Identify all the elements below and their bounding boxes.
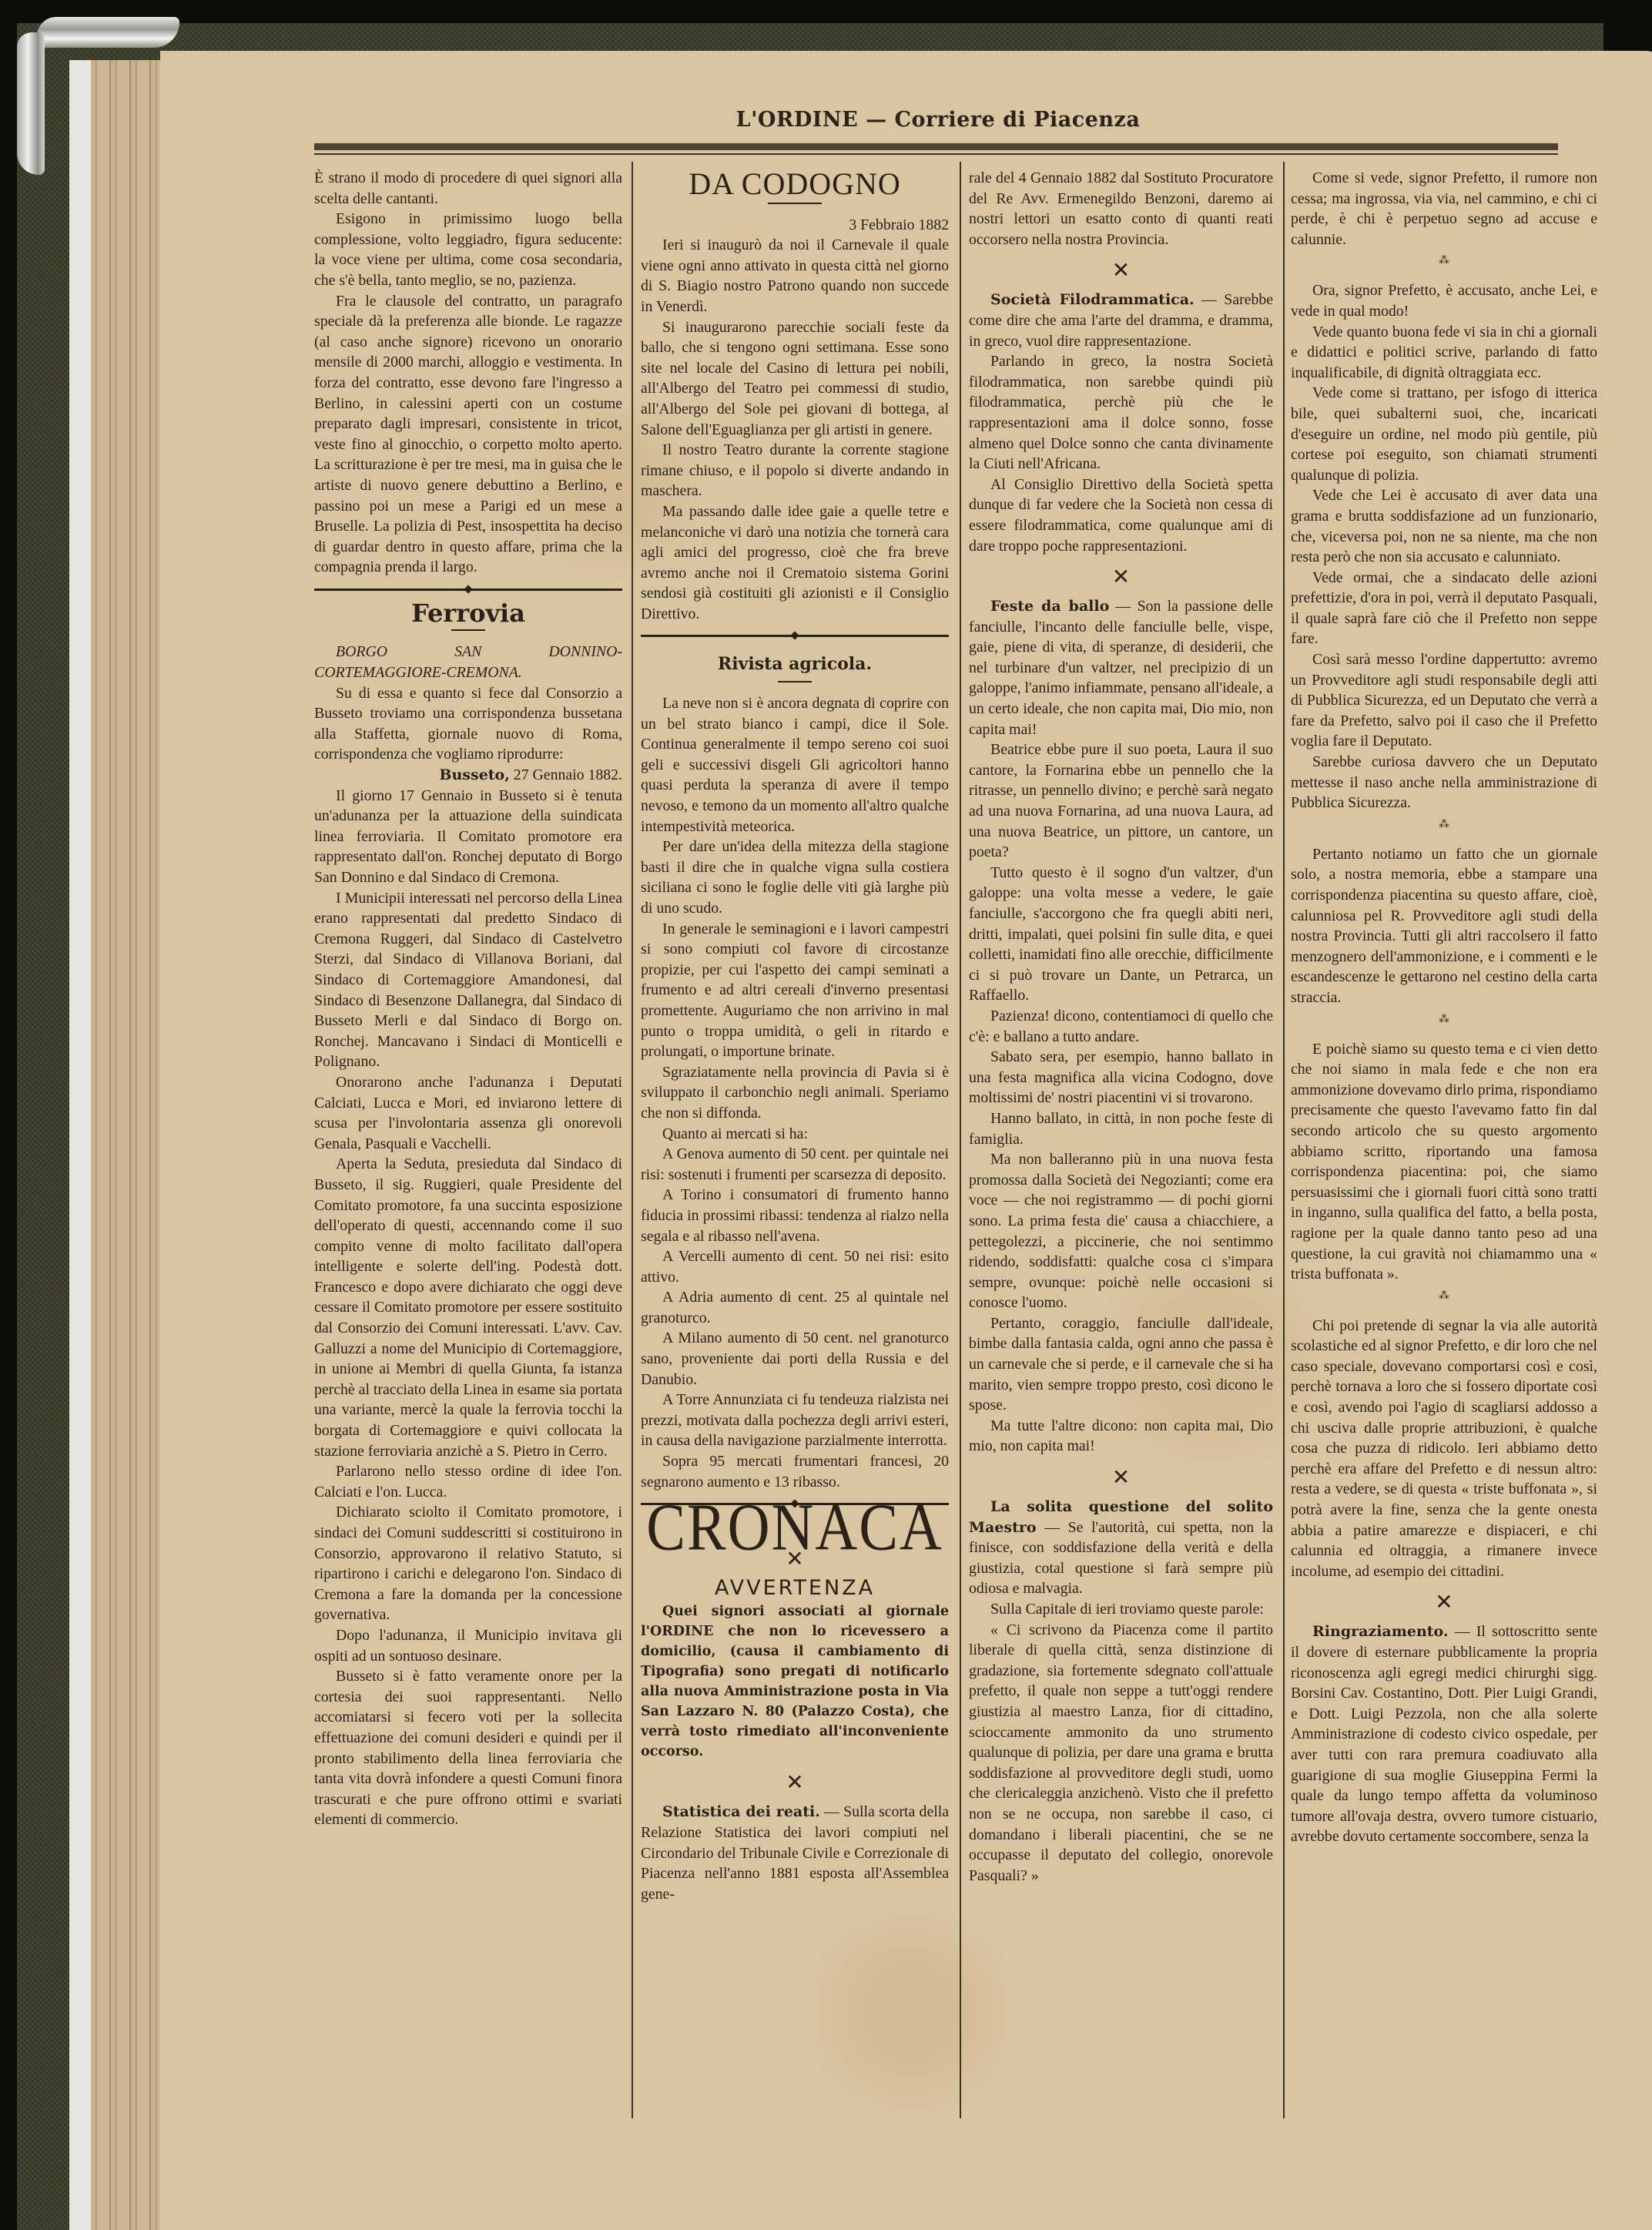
asterism-separator-icon: ⁂ xyxy=(1291,257,1597,265)
article-date: 3 Febbraio 1882 xyxy=(641,215,949,236)
metal-corner-protector-left xyxy=(17,32,45,175)
column-1: È strano il modo di procedere di quei si… xyxy=(314,168,622,1830)
article-paragraph: Sulla Capitale di ieri troviamo queste p… xyxy=(969,1599,1273,1620)
heading-dash xyxy=(778,681,812,682)
dateline-place: Busseto, xyxy=(439,766,509,783)
article-lead-statistica: Statistica dei reati. xyxy=(662,1803,820,1820)
article-text: — Son la passione delle fanciulle, l'inc… xyxy=(969,598,1273,738)
article-paragraph: Il giorno 17 Gennaio in Busseto si è ten… xyxy=(314,786,622,888)
article-paragraph: A Vercelli aumento di cent. 50 nei risi:… xyxy=(641,1246,949,1287)
binding-paper-strip xyxy=(69,60,91,2230)
article-paragraph: Aperta la Seduta, presieduta dal Sindaco… xyxy=(314,1154,622,1461)
article-paragraph: Sabato sera, per esempio, hanno ballato … xyxy=(969,1047,1273,1108)
article-paragraph: Dichiarato sciolto il Comitato promotore… xyxy=(314,1502,622,1625)
article-paragraph: Chi poi pretende di segnar la via alle a… xyxy=(1291,1316,1597,1582)
section-heading-ferrovia: Ferrovia xyxy=(314,603,622,624)
column-4: Come si vede, signor Prefetto, il rumore… xyxy=(1291,168,1597,1847)
article-paragraph: A Adria aumento di cent. 25 al quintale … xyxy=(641,1287,949,1328)
asterism-separator-icon: ⁂ xyxy=(1291,1016,1597,1024)
article-paragraph: Sopra 95 mercati frumentari francesi, 20… xyxy=(641,1451,949,1492)
article-paragraph: Beatrice ebbe pure il suo poeta, Laura i… xyxy=(969,739,1273,863)
article-paragraph: Ma passando dalle idee gaie a quelle tet… xyxy=(641,501,949,625)
column-3: rale del 4 Gennaio 1882 dal Sostituto Pr… xyxy=(969,168,1273,1886)
ornamental-rule xyxy=(641,635,949,637)
article-paragraph: La solita questione del solito Maestro —… xyxy=(969,1497,1273,1599)
article-paragraph: Quanto ai mercati si ha: xyxy=(641,1124,949,1145)
ornamental-rule xyxy=(314,589,622,591)
article-paragraph: Ieri si inaugurò da noi il Carnevale il … xyxy=(641,235,949,317)
article-paragraph: Esigono in primissimo luogo bella comple… xyxy=(314,209,622,290)
article-paragraph: Ora, signor Prefetto, è accusato, anche … xyxy=(1291,280,1597,321)
article-paragraph: Su di essa e quanto si fece dal Consorzi… xyxy=(314,683,622,765)
article-paragraph: Pazienza! dicono, contentiamoci di quell… xyxy=(969,1006,1273,1047)
article-paragraph: Vede come si trattano, per isfogo di itt… xyxy=(1291,383,1597,485)
article-paragraph: La neve non si è ancora degnata di copri… xyxy=(641,693,949,837)
article-paragraph: Ma tutte l'altre dicono: non capita mai,… xyxy=(969,1416,1273,1457)
article-paragraph: Parlando in greco, la nostra Società fil… xyxy=(969,351,1273,475)
article-paragraph: « Ci scrivono da Piacenza come il partit… xyxy=(969,1620,1273,1886)
article-lead-ringraziamento: Ringraziamento. xyxy=(1312,1623,1448,1640)
heading-dash xyxy=(451,629,485,631)
article-paragraph: Hanno ballato, in città, in non poche fe… xyxy=(969,1108,1273,1149)
article-paragraph: Statistica dei reati. — Sulla scorta del… xyxy=(641,1802,949,1904)
column-divider xyxy=(960,162,961,2118)
section-heading-rivista-agricola: Rivista agricola. xyxy=(641,654,949,675)
header-thin-rule xyxy=(314,153,1558,155)
article-paragraph: Vede ormai, che a sindacato delle azioni… xyxy=(1291,568,1597,649)
article-paragraph: I Municipii interessati nel percorso del… xyxy=(314,888,622,1072)
article-text: — Il sottoscritto sente il dovere di est… xyxy=(1291,1623,1597,1845)
article-paragraph: rale del 4 Gennaio 1882 dal Sostituto Pr… xyxy=(969,168,1273,250)
article-paragraph: A Milano aumento di 50 cent. nel granotu… xyxy=(641,1328,949,1390)
article-lead-feste: Feste da ballo xyxy=(990,598,1109,615)
cross-separator-icon: ✕ xyxy=(969,259,1273,282)
article-paragraph: Vede quanto buona fede vi sia in chi a g… xyxy=(1291,322,1597,384)
cross-separator-icon: ✕ xyxy=(969,1466,1273,1489)
column-2: DA CODOGNO 3 Febbraio 1882 Ieri si inaug… xyxy=(641,168,949,1904)
heading-dash xyxy=(768,203,822,204)
article-paragraph: A Genova aumento di 50 cent. per quintal… xyxy=(641,1144,949,1185)
article-paragraph: Ringraziamento. — Il sottoscritto sente … xyxy=(1291,1621,1597,1847)
cross-separator-icon: ✕ xyxy=(1291,1591,1597,1614)
dateline: Busseto, 27 Gennaio 1882. xyxy=(314,765,622,786)
article-paragraph: Pertanto notiamo un fatto che un giornal… xyxy=(1291,844,1597,1008)
article-paragraph: Ma non balleranno più in una nuova festa… xyxy=(969,1149,1273,1313)
article-paragraph: Sgraziatamente nella provincia di Pavia … xyxy=(641,1062,949,1124)
section-heading-cronaca: CRONACA xyxy=(641,1516,949,1540)
article-paragraph: Società Filodrammatica. — Sarebbe come d… xyxy=(969,290,1273,351)
article-paragraph: Parlarono nello stesso ordine di idee l'… xyxy=(314,1461,622,1502)
article-paragraph: Il nostro Teatro durante la corrente sta… xyxy=(641,440,949,501)
article-paragraph: Al Consiglio Direttivo della Società spe… xyxy=(969,475,1273,556)
article-paragraph: Feste da ballo — Son la passione delle f… xyxy=(969,596,1273,739)
article-paragraph: A Torre Annunziata ci fu tendeuza rialzi… xyxy=(641,1390,949,1451)
article-paragraph: Fra le clausole del contratto, un paragr… xyxy=(314,291,622,578)
cross-separator-icon: ✕ xyxy=(969,565,1273,589)
article-paragraph: A Torino i consumatori di frumento hanno… xyxy=(641,1185,949,1246)
article-paragraph: È strano il modo di procedere di quei si… xyxy=(314,168,622,209)
article-paragraph: Vede che Lei è accusato di aver data una… xyxy=(1291,485,1597,567)
dateline-date: 27 Gennaio 1882. xyxy=(514,766,622,783)
asterism-separator-icon: ⁂ xyxy=(1291,821,1597,829)
article-paragraph: Tutto questo è il sogno d'un valtzer, d'… xyxy=(969,863,1273,1006)
notice-heading-avvertenza: AVVERTENZA xyxy=(641,1578,949,1599)
article-subheading: BORGO SAN DONNINO-CORTEMAGGIORE-CREMONA. xyxy=(314,642,622,682)
article-paragraph: E poichè siamo su questo tema e ci vien … xyxy=(1291,1039,1597,1285)
article-paragraph: Dopo l'adunanza, il Municipio invitava g… xyxy=(314,1625,622,1666)
column-divider xyxy=(1283,162,1285,2118)
header-thick-rule xyxy=(314,143,1558,150)
article-paragraph: Onorarono anche l'adunanza i Deputati Ca… xyxy=(314,1072,622,1154)
article-paragraph: Si inaugurarono parecchie sociali feste … xyxy=(641,317,949,441)
article-paragraph: Come si vede, signor Prefetto, il rumore… xyxy=(1291,168,1597,250)
page-stack-edges xyxy=(91,60,168,2230)
notice-body: Quei signori associati al giornale l'ORD… xyxy=(641,1601,949,1762)
article-paragraph: Così sarà messo l'ordine dappertutto: av… xyxy=(1291,649,1597,752)
metal-corner-protector-top xyxy=(37,17,179,48)
article-paragraph: Per dare un'idea della mitezza della sta… xyxy=(641,837,949,918)
article-lead-filodrammatica: Società Filodrammatica. xyxy=(990,291,1195,308)
asterism-separator-icon: ⁂ xyxy=(1291,1293,1597,1300)
article-paragraph: Sarebbe curiosa davvero che un Deputato … xyxy=(1291,752,1597,813)
page-masthead: L'ORDINE — Corriere di Piacenza xyxy=(314,108,1562,132)
article-paragraph: Pertanto, coraggio, fanciulle dall'ideal… xyxy=(969,1313,1273,1416)
cross-separator-icon: ✕ xyxy=(641,1771,949,1794)
section-heading-codogno: DA CODOGNO xyxy=(641,174,949,195)
column-divider xyxy=(632,162,633,2118)
article-paragraph: Busseto si è fatto veramente onore per l… xyxy=(314,1666,622,1830)
article-paragraph: In generale le seminagioni e i lavori ca… xyxy=(641,919,949,1062)
